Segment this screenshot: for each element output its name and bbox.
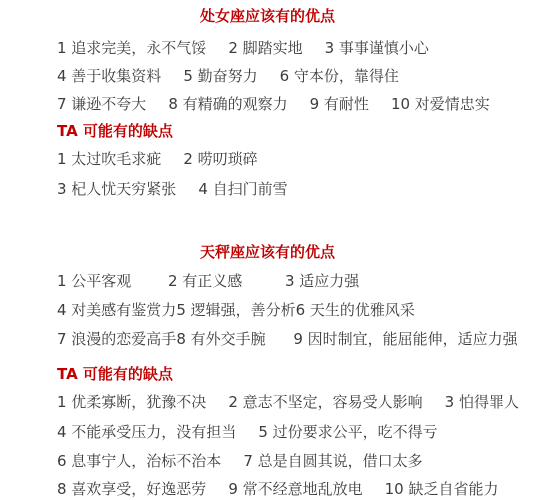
libra-pros-line-1: 1 公平客观 2 有正义感 3 适应力强	[57, 273, 535, 290]
libra-cons-line-1: 1 优柔寡断，犹豫不决 2 意志不坚定，容易受人影响 3 怕得罪人	[57, 394, 535, 411]
list-item: 8 有精确的观察力	[168, 96, 287, 113]
list-item: 6 息事宁人，治标不治本	[57, 453, 221, 470]
libra-pros-title: 天秤座应该有的优点	[0, 244, 535, 261]
list-item: 3 怕得罪人	[445, 394, 519, 411]
list-item: 1 公平客观	[57, 273, 168, 290]
libra-pros-line-3: 7 浪漫的恋爱高手 8 有外交手腕 9 因时制宜，能屈能伸，适应力强	[57, 331, 535, 348]
virgo-pros-line-2: 4 善于收集资料 5 勤奋努力 6 守本份，靠得住	[57, 68, 535, 85]
virgo-pros-line-1: 1 追求完美，永不气馁 2 脚踏实地 3 事事谨慎小心	[57, 40, 535, 57]
libra-cons-line-3: 6 息事宁人，治标不治本 7 总是自圆其说，借口太多	[57, 453, 535, 470]
list-item: 2 有正义感	[168, 273, 285, 290]
libra-cons-line-2: 4 不能承受压力，没有担当 5 过份要求公平，吃不得亏	[57, 424, 535, 441]
list-item: 3 杞人忧天穷紧张	[57, 181, 176, 198]
list-item: 6 天生的优雅风采	[296, 302, 415, 319]
list-item: 3 事事谨慎小心	[325, 40, 429, 57]
list-item: 8 喜欢享受，好逸恶劳	[57, 481, 206, 498]
zodiac-traits-article: 处女座应该有的优点 1 追求完美，永不气馁 2 脚踏实地 3 事事谨慎小心 4 …	[0, 8, 535, 500]
virgo-cons-line-2: 3 杞人忧天穷紧张 4 自扫门前雪	[57, 181, 535, 198]
list-item: 1 追求完美，永不气馁	[57, 40, 206, 57]
list-item: 1 优柔寡断，犹豫不决	[57, 394, 206, 411]
list-item: 4 不能承受压力，没有担当	[57, 424, 236, 441]
libra-cons-title: TA 可能有的缺点	[57, 366, 535, 383]
list-item: 8 有外交手腕	[176, 331, 293, 348]
list-item: 1 太过吹毛求疵	[57, 151, 161, 168]
list-item: 10 对爱情忠实	[391, 96, 490, 113]
list-item: 5 勤奋努力	[183, 68, 257, 85]
list-item: 4 自扫门前雪	[198, 181, 287, 198]
list-item: 7 总是自圆其说，借口太多	[243, 453, 422, 470]
list-item: 2 脚踏实地	[228, 40, 302, 57]
list-item: 7 浪漫的恋爱高手	[57, 331, 176, 348]
virgo-cons-line-1: 1 太过吹毛求疵 2 唠叨琐碎	[57, 151, 535, 168]
list-item: 10 缺乏自省能力	[385, 481, 499, 498]
list-item: 3 适应力强	[285, 273, 359, 290]
list-item: 9 有耐性	[310, 96, 369, 113]
list-item: 4 对美感有鉴赏力	[57, 302, 176, 319]
libra-pros-line-2: 4 对美感有鉴赏力 5 逻辑强，善分析 6 天生的优雅风采	[57, 302, 535, 319]
list-item: 7 谦逊不夸大	[57, 96, 146, 113]
list-item: 2 唠叨琐碎	[183, 151, 257, 168]
list-item: 2 意志不坚定，容易受人影响	[228, 394, 422, 411]
list-item: 9 因时制宜，能屈能伸，适应力强	[293, 331, 517, 348]
libra-cons-line-4: 8 喜欢享受，好逸恶劳 9 常不经意地乱放电 10 缺乏自省能力	[57, 481, 535, 498]
list-item: 6 守本份，靠得住	[280, 68, 399, 85]
list-item: 5 逻辑强，善分析	[176, 302, 295, 319]
virgo-cons-title: TA 可能有的缺点	[57, 123, 535, 140]
virgo-pros-line-3: 7 谦逊不夸大 8 有精确的观察力 9 有耐性 10 对爱情忠实	[57, 96, 535, 113]
virgo-pros-title: 处女座应该有的优点	[0, 8, 535, 25]
list-item: 4 善于收集资料	[57, 68, 161, 85]
list-item: 9 常不经意地乱放电	[228, 481, 362, 498]
list-item: 5 过份要求公平，吃不得亏	[258, 424, 437, 441]
